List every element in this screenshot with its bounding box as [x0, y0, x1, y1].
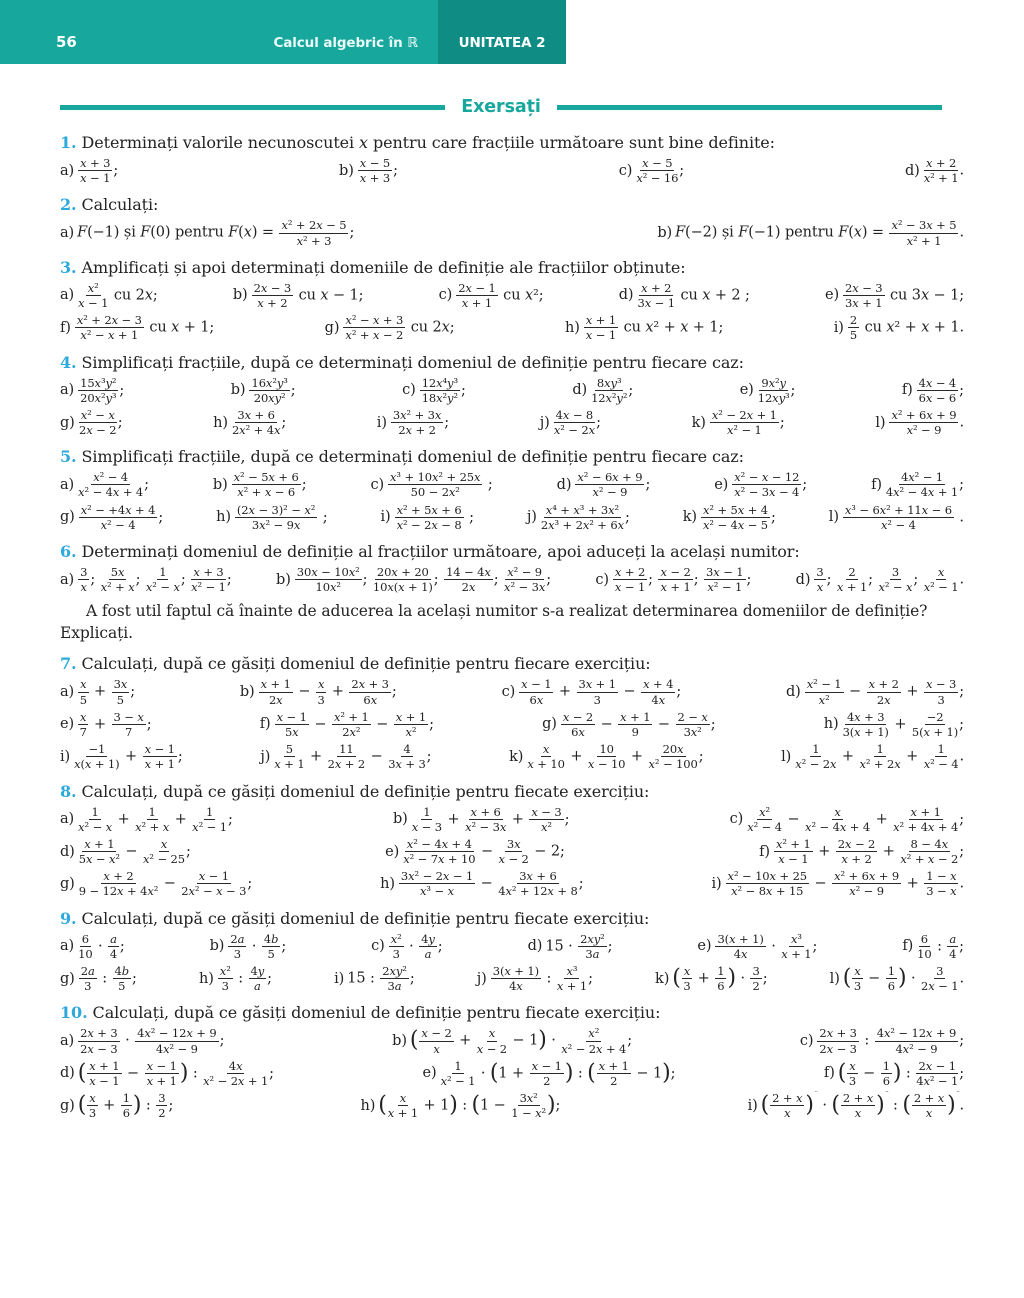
- item-label: c): [502, 684, 516, 700]
- item-label: d): [796, 572, 811, 588]
- item-label: b): [393, 811, 408, 827]
- exercise-row: d)x + 15x − x² − xx² − 25;e)x² − 4x + 4x…: [60, 837, 964, 866]
- item-label: e): [825, 287, 839, 303]
- item-label: g): [60, 415, 75, 431]
- item-label: k): [692, 415, 706, 431]
- chapter-title: Calcul algebric în ℝ: [77, 35, 438, 64]
- item-label: i): [834, 320, 844, 336]
- exercise-item: h)3x² − 2x − 1x³ − x − 3x + 64x² + 12x +…: [380, 869, 583, 898]
- exercise-item: c)x + 2x − 1; x − 2x + 1; 3x − 1x² − 1;: [595, 565, 751, 594]
- exercise-block: 10.Calculați, după ce găsiți domeniul de…: [60, 1003, 964, 1120]
- exercise-row: g)x + 29 − 12x + 4x² − x − 12x² − x − 3;…: [60, 869, 964, 898]
- item-label: i): [60, 749, 70, 765]
- exercise-item: l)(x3 − 16) · 32x − 1.: [830, 964, 964, 993]
- exercise-item: e)x² − x − 12x² − 3x − 4;: [714, 470, 807, 499]
- item-label: a): [60, 811, 74, 827]
- exercise-item: d)x² − 6x + 9x² − 9;: [557, 470, 651, 499]
- item-label: l): [829, 509, 839, 525]
- exercise-number: 9.: [60, 909, 77, 928]
- exercise-item: a)x5 + 3x5;: [60, 677, 135, 706]
- item-label: c): [800, 1033, 814, 1049]
- exercise-block: 5.Simplificați fracțiile, după ce determ…: [60, 447, 964, 532]
- item-label: g): [60, 509, 75, 525]
- exercise-item: g)x² − x2x − 2;: [60, 408, 123, 437]
- item-label: k): [509, 749, 523, 765]
- exercise-item: a)2x + 32x − 3 · 4x² − 12x + 94x² − 9;: [60, 1026, 224, 1055]
- exercise-item: f)610 : a4;: [902, 932, 964, 961]
- exercise-row: g)x² − x2x − 2;h)3x + 62x² + 4x;i)3x² + …: [60, 408, 964, 437]
- exercise-heading: 9.Calculați, după ce găsiți domeniul de …: [60, 909, 964, 929]
- item-label: d): [557, 477, 572, 493]
- exercise-item: c)2x + 32x − 3 : 4x² − 12x + 94x² − 9;: [800, 1026, 964, 1055]
- exercise-item: f)x − 15x − x² + 12x² − x + 1x²;: [260, 710, 434, 739]
- item-label: l): [875, 415, 885, 431]
- exercise-text: Calculați, după ce găsiți domeniul de de…: [82, 654, 651, 673]
- exercise-item: i)(2 + xx)⁵ · (2 + xx)³ : (2 + xx)⁸.: [748, 1091, 964, 1120]
- exercise-item: a)1x² − x + 1x² + x + 1x² − 1;: [60, 805, 233, 834]
- header-band: 56 Calcul algebric în ℝ UNITATEA 2: [0, 0, 566, 64]
- exercise-item: g)x² − +4x + 4x² − 4;: [60, 503, 163, 532]
- exercise-item: l)1x² − 2x + 1x² + 2x + 1x² − 4.: [781, 742, 964, 771]
- item-label: g): [60, 1098, 75, 1114]
- exercise-row: g)2a3 : 4b5;h)x²3 : 4ya;i)15 : 2xy²3a;j)…: [60, 964, 964, 993]
- exercise-item: b)x² − 5x + 6x² + x − 6;: [213, 470, 307, 499]
- exercise-number: 1.: [60, 133, 77, 152]
- item-label: c): [619, 163, 633, 179]
- item-label: k): [683, 509, 697, 525]
- item-label: a): [60, 287, 74, 303]
- item-label: b): [657, 225, 672, 241]
- item-label: g): [542, 716, 557, 732]
- exercise-number: 2.: [60, 195, 77, 214]
- exercise-item: d)8xy³12x²y²;: [572, 376, 633, 405]
- exercise-text: Calculați:: [82, 195, 159, 214]
- exercise-item: e)2x − 33x + 1 cu 3x − 1;: [825, 281, 964, 310]
- exercise-heading: 1.Determinați valorile necunoscutei x pe…: [60, 133, 964, 153]
- exercise-item: a)F(−1) și F(0) pentru F(x) = x² + 2x − …: [60, 218, 354, 247]
- item-label: h): [216, 509, 231, 525]
- exercise-block: 4.Simplificați fracțiile, după ce determ…: [60, 353, 964, 438]
- exercise-item: h)x²3 : 4ya;: [199, 964, 272, 993]
- exercise-item: b)2a3 · 4b5;: [210, 932, 287, 961]
- exercise-heading: 3.Amplificați și apoi determinați domeni…: [60, 258, 964, 278]
- exercise-item: i)−1x(x + 1) + x − 1x + 1;: [60, 742, 183, 771]
- exercise-item: k)x² + 5x + 4x² − 4x − 5;: [683, 503, 776, 532]
- exercise-item: d)x² − 1x² − x + 22x + x − 33;: [786, 677, 964, 706]
- item-label: e): [60, 716, 74, 732]
- item-label: l): [830, 971, 840, 987]
- exercise-item: f)x² + 1x − 1 + 2x − 2x + 2 + 8 − 4xx² +…: [759, 837, 964, 866]
- item-label: b): [213, 477, 228, 493]
- exercise-item: i)25 cu x² + x + 1.: [834, 313, 964, 342]
- item-label: b): [339, 163, 354, 179]
- item-label: g): [60, 876, 75, 892]
- exercise-note: A fost util faptul că înainte de aducere…: [60, 600, 964, 644]
- exercise-item: e)x² − 4x + 4x² − 7x + 10 − 3xx − 2 − 2;: [385, 837, 565, 866]
- exercise-row: a)1x² − x + 1x² + x + 1x² − 1;b)1x − 3 +…: [60, 805, 964, 834]
- exercise-row: a)x + 3x − 1;b)x − 5x + 3;c)x − 5x² − 16…: [60, 156, 964, 185]
- item-label: l): [781, 749, 791, 765]
- exercise-item: e)x7 + 3 − x7;: [60, 710, 152, 739]
- item-label: d): [60, 844, 75, 860]
- item-label: a): [60, 225, 74, 241]
- item-label: b): [210, 938, 225, 954]
- exercise-item: g)x + 29 − 12x + 4x² − x − 12x² − x − 3;: [60, 869, 252, 898]
- exercise-item: h)(xx + 1 + 1) : (1 − 3x²1 − x²);: [361, 1091, 561, 1120]
- section-title: Exersați: [461, 97, 541, 117]
- exercise-item: d)x + 15x − x² − xx² − 25;: [60, 837, 191, 866]
- item-label: d): [786, 684, 801, 700]
- exercise-item: i)x² + 5x + 6x² − 2x − 8 ;: [380, 503, 473, 532]
- exercise-item: h)x + 1x − 1 cu x² + x + 1;: [565, 313, 723, 342]
- exercise-list: 1.Determinați valorile necunoscutei x pe…: [0, 121, 1024, 1121]
- title-rule-right: [557, 105, 942, 110]
- exercise-item: a)x² − 4x² − 4x + 4;: [60, 470, 149, 499]
- item-label: g): [60, 971, 75, 987]
- item-label: j): [527, 509, 537, 525]
- item-label: a): [60, 1033, 74, 1049]
- exercise-block: 3.Amplificați și apoi determinați domeni…: [60, 258, 964, 343]
- exercise-item: j)3(x + 1)4x : x³x + 1;: [477, 964, 593, 993]
- exercise-block: 2.Calculați:a)F(−1) și F(0) pentru F(x) …: [60, 195, 964, 247]
- exercise-row: a)15x³y²20x²y³;b)16x²y³20xy²;c)12x⁴y³18x…: [60, 376, 964, 405]
- exercise-item: b)16x²y³20xy²;: [231, 376, 296, 405]
- exercise-row: a)x5 + 3x5;b)x + 12x − x3 + 2x + 36x;c)x…: [60, 677, 964, 706]
- exercise-item: b)2x − 3x + 2 cu x − 1;: [233, 281, 364, 310]
- exercise-item: c)x³ + 10x² + 25x50 − 2x² ;: [370, 470, 492, 499]
- exercise-item: l)x³ − 6x² + 11x − 6x² − 4 .: [829, 503, 964, 532]
- item-label: c): [595, 572, 609, 588]
- item-label: d): [572, 382, 587, 398]
- item-label: a): [60, 382, 74, 398]
- exercise-item: i)x² − 10x + 25x² − 8x + 15 − x² + 6x + …: [711, 869, 964, 898]
- item-label: i): [711, 876, 721, 892]
- item-label: c): [439, 287, 453, 303]
- exercise-item: i)3x² + 3x2x + 2;: [377, 408, 449, 437]
- exercise-item: c)x − 16x + 3x + 13 − x + 44x;: [502, 677, 682, 706]
- exercise-block: 9.Calculați, după ce găsiți domeniul de …: [60, 909, 964, 994]
- exercise-item: j)5x + 1 + 112x + 2 − 43x + 3;: [260, 742, 431, 771]
- item-label: a): [60, 477, 74, 493]
- exercise-row: a)F(−1) și F(0) pentru F(x) = x² + 2x − …: [60, 218, 964, 247]
- exercise-text: Calculați, după ce găsiți domeniul de de…: [82, 782, 650, 801]
- item-label: f): [759, 844, 770, 860]
- exercise-row: a)3x; 5xx² + x; 1x² − x; x + 3x² − 1;b)3…: [60, 565, 964, 594]
- exercise-item: g)x² − x + 3x² + x − 2 cu 2x;: [325, 313, 455, 342]
- exercise-row: a)x² − 4x² − 4x + 4;b)x² − 5x + 6x² + x …: [60, 470, 964, 499]
- item-label: c): [402, 382, 416, 398]
- exercise-number: 8.: [60, 782, 77, 801]
- exercise-item: b)30x − 10x²10x²; 20x + 2010x(x + 1); 14…: [276, 565, 551, 594]
- item-label: a): [60, 163, 74, 179]
- exercise-row: d)(x + 1x − 1 − x − 1x + 1) : 4xx² − 2x …: [60, 1059, 964, 1088]
- unit-badge: UNITATEA 2: [438, 0, 566, 64]
- item-label: h): [199, 971, 214, 987]
- exercise-item: g)(x3 + 16) : 32;: [60, 1091, 173, 1120]
- item-label: j): [477, 971, 487, 987]
- item-label: c): [370, 477, 384, 493]
- exercise-row: g)x² − +4x + 4x² − 4;h)(2x − 3)² − x²3x²…: [60, 503, 964, 532]
- exercise-item: b)x + 12x − x3 + 2x + 36x;: [240, 677, 397, 706]
- exercise-row: a)2x + 32x − 3 · 4x² − 12x + 94x² − 9;b)…: [60, 1026, 964, 1055]
- item-label: e): [697, 938, 711, 954]
- item-label: d): [619, 287, 634, 303]
- exercise-item: a)610 · a4;: [60, 932, 125, 961]
- exercise-heading: 8.Calculați, după ce găsiți domeniul de …: [60, 782, 964, 802]
- exercise-number: 10.: [60, 1003, 88, 1022]
- exercise-item: g)2a3 : 4b5;: [60, 964, 137, 993]
- exercise-block: 1.Determinați valorile necunoscutei x pe…: [60, 133, 964, 185]
- item-label: i): [380, 509, 390, 525]
- item-label: h): [824, 716, 839, 732]
- item-label: h): [565, 320, 580, 336]
- exercise-text: Determinați domeniul de definiție al fra…: [82, 542, 800, 561]
- exercise-heading: 10.Calculați, după ce găsiți domeniul de…: [60, 1003, 964, 1023]
- exercise-row: a)x²x − 1 cu 2x;b)2x − 3x + 2 cu x − 1;c…: [60, 281, 964, 310]
- exercise-row: f)x² + 2x − 3x² − x + 1 cu x + 1;g)x² − …: [60, 313, 964, 342]
- item-label: i): [377, 415, 387, 431]
- exercise-item: c)x − 5x² − 16;: [619, 156, 684, 185]
- item-label: k): [655, 971, 669, 987]
- item-label: j): [260, 749, 270, 765]
- page-number: 56: [56, 33, 77, 64]
- exercise-item: l)x² + 6x + 9x² − 9.: [875, 408, 964, 437]
- exercise-item: f)(x3 − 16) : 2x − 14x² − 1;: [824, 1059, 964, 1088]
- exercise-number: 7.: [60, 654, 77, 673]
- exercise-item: k)xx + 10 + 10x − 10 + 20xx² − 100;: [509, 742, 703, 771]
- exercise-item: d)(x + 1x − 1 − x − 1x + 1) : 4xx² − 2x …: [60, 1059, 274, 1088]
- item-label: b): [233, 287, 248, 303]
- item-label: e): [714, 477, 728, 493]
- item-label: e): [740, 382, 754, 398]
- exercise-block: 6.Determinați domeniul de definiție al f…: [60, 542, 964, 644]
- exercise-item: f)x² + 2x − 3x² − x + 1 cu x + 1;: [60, 313, 214, 342]
- item-label: d): [60, 1065, 75, 1081]
- item-label: f): [824, 1065, 835, 1081]
- item-label: i): [748, 1098, 758, 1114]
- item-label: b): [276, 572, 291, 588]
- item-label: h): [213, 415, 228, 431]
- item-label: d): [528, 938, 543, 954]
- exercise-row: g)(x3 + 16) : 32;h)(xx + 1 + 1) : (1 − 3…: [60, 1091, 964, 1120]
- exercise-heading: 5.Simplificați fracțiile, după ce determ…: [60, 447, 964, 467]
- item-label: b): [392, 1033, 407, 1049]
- item-label: c): [730, 811, 744, 827]
- exercise-number: 3.: [60, 258, 77, 277]
- exercise-item: h)4x + 33(x + 1) + −25(x + 1);: [824, 710, 964, 739]
- exercise-item: b)1x − 3 + x + 6x² − 3x + x − 3x²;: [393, 805, 569, 834]
- item-label: b): [231, 382, 246, 398]
- item-label: a): [60, 684, 74, 700]
- page: 56 Calcul algebric în ℝ UNITATEA 2 Exers…: [0, 0, 1024, 1298]
- exercise-block: 8.Calculați, după ce găsiți domeniul de …: [60, 782, 964, 899]
- exercise-item: b)(x − 2x + xx − 2 − 1) · x²x² − 2x + 4;: [392, 1026, 632, 1055]
- item-label: f): [60, 320, 71, 336]
- item-label: j): [540, 415, 550, 431]
- exercise-item: a)x + 3x − 1;: [60, 156, 118, 185]
- item-label: a): [60, 572, 74, 588]
- exercise-item: d)x + 23x − 1 cu x + 2 ;: [619, 281, 750, 310]
- section-title-row: Exersați: [60, 97, 942, 117]
- exercise-text: Calculați, după ce găsiți domeniul de de…: [82, 909, 650, 928]
- item-label: i): [334, 971, 344, 987]
- exercise-item: d)x + 2x² + 1.: [905, 156, 964, 185]
- exercise-text: Amplificați și apoi determinați domeniil…: [82, 258, 686, 277]
- exercise-item: h)(2x − 3)² − x²3x² − 9x ;: [216, 503, 327, 532]
- exercise-item: c)12x⁴y³18x²y²;: [402, 376, 466, 405]
- item-label: f): [902, 382, 913, 398]
- exercise-item: h)3x + 62x² + 4x;: [213, 408, 286, 437]
- item-label: h): [380, 876, 395, 892]
- exercise-item: c)2x − 1x + 1 cu x²;: [439, 281, 544, 310]
- exercise-item: g)x − 26x − x + 19 − 2 − x3x²;: [542, 710, 716, 739]
- exercise-row: a)610 · a4;b)2a3 · 4b5;c)x²3 · 4ya;d)15 …: [60, 932, 964, 961]
- exercise-item: c)x²x² − 4 − xx² − 4x + 4 + x + 1x² + 4x…: [730, 805, 964, 834]
- item-label: d): [905, 163, 920, 179]
- exercise-item: a)3x; 5xx² + x; 1x² − x; x + 3x² − 1;: [60, 565, 232, 594]
- item-label: h): [361, 1098, 376, 1114]
- exercise-item: e)9x²y12xy³;: [740, 376, 796, 405]
- exercise-row: i)−1x(x + 1) + x − 1x + 1;j)5x + 1 + 112…: [60, 742, 964, 771]
- exercise-item: c)x²3 · 4ya;: [371, 932, 442, 961]
- exercise-heading: 6.Determinați domeniul de definiție al f…: [60, 542, 964, 562]
- exercise-item: e)3(x + 1)4x · x³x + 1;: [697, 932, 817, 961]
- item-label: e): [423, 1065, 437, 1081]
- exercise-text: Calculați, după ce găsiți domeniul de de…: [93, 1003, 661, 1022]
- item-label: f): [871, 477, 882, 493]
- item-label: a): [60, 938, 74, 954]
- item-label: f): [902, 938, 913, 954]
- exercise-item: d)3x; 2x + 1; 3x² − x; xx² − 1.: [796, 565, 964, 594]
- exercise-item: a)x²x − 1 cu 2x;: [60, 281, 158, 310]
- exercise-heading: 2.Calculați:: [60, 195, 964, 215]
- exercise-item: f)4x − 46x − 6;: [902, 376, 964, 405]
- exercise-number: 4.: [60, 353, 77, 372]
- exercise-heading: 4.Simplificați fracțiile, după ce determ…: [60, 353, 964, 373]
- item-label: b): [240, 684, 255, 700]
- exercise-text: Determinați valorile necunoscutei x pent…: [82, 133, 775, 152]
- exercise-text: Simplificați fracțiile, după ce determin…: [82, 353, 744, 372]
- exercise-row: e)x7 + 3 − x7;f)x − 15x − x² + 12x² − x …: [60, 710, 964, 739]
- exercise-item: f)4x² − 14x² − 4x + 1;: [871, 470, 964, 499]
- exercise-number: 6.: [60, 542, 77, 561]
- exercise-item: k)x² − 2x + 1x² − 1;: [692, 408, 785, 437]
- exercise-text: Simplificați fracțiile, după ce determin…: [82, 447, 744, 466]
- exercise-number: 5.: [60, 447, 77, 466]
- item-label: e): [385, 844, 399, 860]
- exercise-item: e)1x² − 1 · (1 + x − 12) : (x + 12 − 1);: [423, 1059, 676, 1088]
- exercise-item: i)15 : 2xy²3a;: [334, 964, 415, 993]
- page-header: 56 Calcul algebric în ℝ UNITATEA 2: [0, 0, 1024, 64]
- item-label: c): [371, 938, 385, 954]
- exercise-item: b)F(−2) și F(−1) pentru F(x) = x² − 3x +…: [657, 218, 964, 247]
- item-label: g): [325, 320, 340, 336]
- item-label: f): [260, 716, 271, 732]
- exercise-item: j)x⁴ + x³ + 3x²2x³ + 2x² + 6x;: [527, 503, 630, 532]
- exercise-item: j)4x − 8x² − 2x;: [540, 408, 601, 437]
- exercise-item: a)15x³y²20x²y³;: [60, 376, 124, 405]
- exercise-item: b)x − 5x + 3;: [339, 156, 398, 185]
- exercise-block: 7.Calculați, după ce găsiți domeniul de …: [60, 654, 964, 771]
- title-rule-left: [60, 105, 445, 110]
- exercise-item: d)15 · 2xy²3a;: [528, 932, 613, 961]
- exercise-heading: 7.Calculați, după ce găsiți domeniul de …: [60, 654, 964, 674]
- exercise-item: k)(x3 + 16) · 32;: [655, 964, 767, 993]
